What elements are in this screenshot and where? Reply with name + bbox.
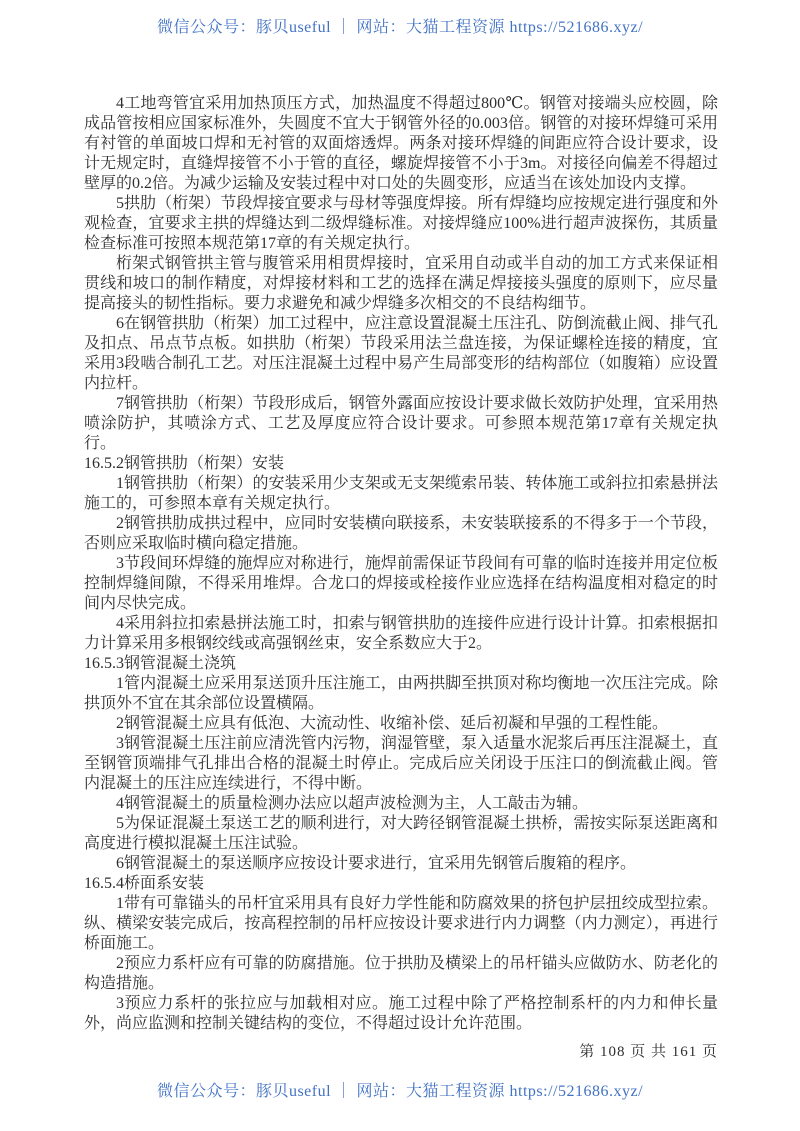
paragraph: 2钢管混凝土应具有低泡、大流动性、收缩补偿、延后初凝和早强的工程性能。 [84, 714, 718, 734]
section-heading: 16.5.3钢管混凝土浇筑 [84, 654, 718, 674]
paragraph: 3预应力系杆的张拉应与加载相对应。施工过程中除了严格控制系杆的内力和伸长量外，尚… [84, 994, 718, 1034]
document-body: 4工地弯管宜采用加热顶压方式，加热温度不得超过800℃。钢管对接端头应校圆，除成… [84, 94, 718, 1034]
paragraph: 1钢管拱肋（桁架）的安装采用少支架或无支架缆索吊装、转体施工或斜拉扣索悬拼法施工… [84, 474, 718, 514]
section-heading: 16.5.4桥面系安装 [84, 874, 718, 894]
header-banner-text: 微信公众号：豚贝useful ｜ 网站：大猫工程资源 https://52168… [157, 19, 643, 36]
document-page: 微信公众号：豚贝useful ｜ 网站：大猫工程资源 https://52168… [0, 0, 800, 1131]
page-number: 第 108 页 共 161 页 [84, 1040, 718, 1061]
paragraph: 6钢管混凝土的泵送顺序应按设计要求进行，宜采用先钢管后腹箱的程序。 [84, 854, 718, 874]
paragraph: 7钢管拱肋（桁架）节段形成后，钢管外露面应按设计要求做长效防护处理，宜采用热喷涂… [84, 394, 718, 454]
paragraph: 5为保证混凝土泵送工艺的顺利进行，对大跨径钢管混凝土拱桥，需按实际泵送距离和高度… [84, 814, 718, 854]
header-banner: 微信公众号：豚贝useful ｜ 网站：大猫工程资源 https://52168… [0, 16, 800, 40]
paragraph: 1管内混凝土应采用泵送顶升压注施工，由两拱脚至拱顶对称均衡地一次压注完成。除拱顶… [84, 674, 718, 714]
footer-banner-text: 微信公众号：豚贝useful ｜ 网站：大猫工程资源 https://52168… [157, 1083, 643, 1100]
paragraph: 5拱肋（桁架）节段焊接宜要求与母材等强度焊接。所有焊缝均应按规定进行强度和外观检… [84, 194, 718, 254]
paragraph: 2预应力系杆应有可靠的防腐措施。位于拱肋及横梁上的吊杆锚头应做防水、防老化的构造… [84, 954, 718, 994]
paragraph: 3钢管混凝土压注前应清洗管内污物，润湿管壁，泵入适量水泥浆后再压注混凝土，直至钢… [84, 734, 718, 794]
text-blocks: 4工地弯管宜采用加热顶压方式，加热温度不得超过800℃。钢管对接端头应校圆，除成… [84, 94, 718, 1034]
paragraph: 4采用斜拉扣索悬拼法施工时，扣索与钢管拱肋的连接件应进行设计计算。扣索根据扣力计… [84, 614, 718, 654]
paragraph: 4钢管混凝土的质量检测办法应以超声波检测为主，人工敲击为辅。 [84, 794, 718, 814]
section-heading: 16.5.2钢管拱肋（桁架）安装 [84, 454, 718, 474]
paragraph: 4工地弯管宜采用加热顶压方式，加热温度不得超过800℃。钢管对接端头应校圆，除成… [84, 94, 718, 194]
paragraph: 3节段间环焊缝的施焊应对称进行，施焊前需保证节段间有可靠的临时连接并用定位板控制… [84, 554, 718, 614]
paragraph: 桁架式钢管拱主管与腹管采用相贯焊接时，宜采用自动或半自动的加工方式来保证相贯线和… [84, 254, 718, 314]
footer-banner: 微信公众号：豚贝useful ｜ 网站：大猫工程资源 https://52168… [0, 1080, 800, 1104]
paragraph: 1带有可靠锚头的吊杆宜采用具有良好力学性能和防腐效果的挤包护层扭绞成型拉索。纵、… [84, 894, 718, 954]
paragraph: 2钢管拱肋成拱过程中，应同时安装横向联接系，未安装联接系的不得多于一个节段，否则… [84, 514, 718, 554]
paragraph: 6在钢管拱肋（桁架）加工过程中，应注意设置混凝土压注孔、防倒流截止阀、排气孔及扣… [84, 314, 718, 394]
